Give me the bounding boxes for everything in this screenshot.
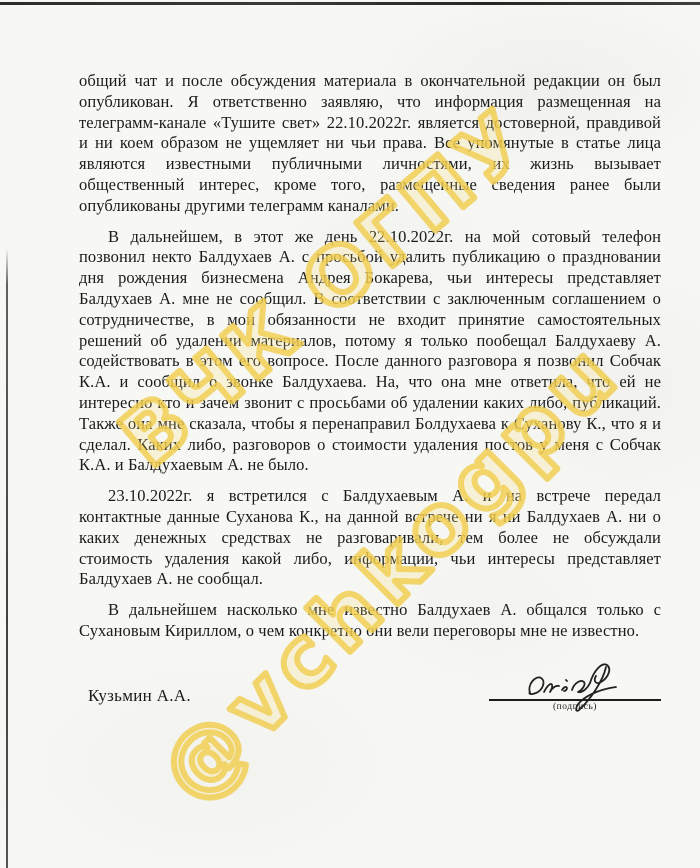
text-line: решений об удалении материалов, потому я… bbox=[79, 331, 661, 352]
text-line: В дальнейшем, в этот же день 22.10.2022г… bbox=[79, 227, 661, 248]
text-line: общий чат и после обсуждения материала в… bbox=[79, 71, 661, 92]
text-line: опубликован. Я ответственно заявляю, что… bbox=[79, 92, 661, 113]
text-line: 23.10.2022г. я встретился с Балдухаевым … bbox=[79, 486, 661, 507]
text-line: Балдухаев А. не сообщал. bbox=[79, 569, 661, 590]
text-line: телеграмм-канале «Тушите свет» 22.10.202… bbox=[79, 113, 661, 134]
text-line: В дальнейшем насколько мне известно Балд… bbox=[79, 600, 661, 621]
text-line: и ни коем образом не ущемляет ни чьи пра… bbox=[79, 133, 661, 154]
text-line: каких денежных средствах не разговаривал… bbox=[79, 528, 661, 549]
text-line: общественный интерес, кроме того, размещ… bbox=[79, 175, 661, 196]
paragraph: В дальнейшем, в этот же день 22.10.2022г… bbox=[79, 227, 661, 477]
text-line: позвонил некто Балдухаев А. с просьбой у… bbox=[79, 247, 661, 268]
text-line: интересно кто и зачем звонит с просьбами… bbox=[79, 393, 661, 414]
text-line: Также она мне сказала, чтобы я перенапра… bbox=[79, 414, 661, 435]
text-line: дня рождения бизнесмена Андрея Бокарева,… bbox=[79, 268, 661, 289]
text-line: К.А. и сообщил о звонке Балдухаева. На, … bbox=[79, 372, 661, 393]
paragraph: общий чат и после обсуждения материала в… bbox=[79, 71, 661, 217]
text-line: являются известными публичными личностям… bbox=[79, 154, 661, 175]
text-line: сделал. Каких либо, разговоров о стоимос… bbox=[79, 435, 661, 456]
text-line: опубликованы другими телеграмм каналами. bbox=[79, 196, 661, 217]
document-body: общий чат и после обсуждения материала в… bbox=[79, 71, 661, 652]
text-line: Сухановым Кириллом, о чем конкретно они … bbox=[79, 621, 661, 642]
text-line: К.А. и Балдухаевым А. не было. bbox=[79, 455, 661, 476]
text-line: Балдухаев А. мне не сообщил. В соответст… bbox=[79, 289, 661, 310]
paragraph: В дальнейшем насколько мне известно Балд… bbox=[79, 600, 661, 642]
signer-name: Кузьмин А.А. bbox=[88, 686, 191, 706]
text-line: сотрудничестве, в мои обязанности не вхо… bbox=[79, 310, 661, 331]
scan-edge-left bbox=[6, 248, 8, 868]
text-line: стоимость удаления какой либо, информаци… bbox=[79, 549, 661, 570]
text-line: контактные данные Суханова К., на данной… bbox=[79, 507, 661, 528]
signature-scribble bbox=[520, 660, 630, 716]
scan-edge-top bbox=[0, 2, 700, 5]
text-line: содействовать в этом его вопросе. После … bbox=[79, 351, 661, 372]
paragraph: 23.10.2022г. я встретился с Балдухаевым … bbox=[79, 486, 661, 590]
